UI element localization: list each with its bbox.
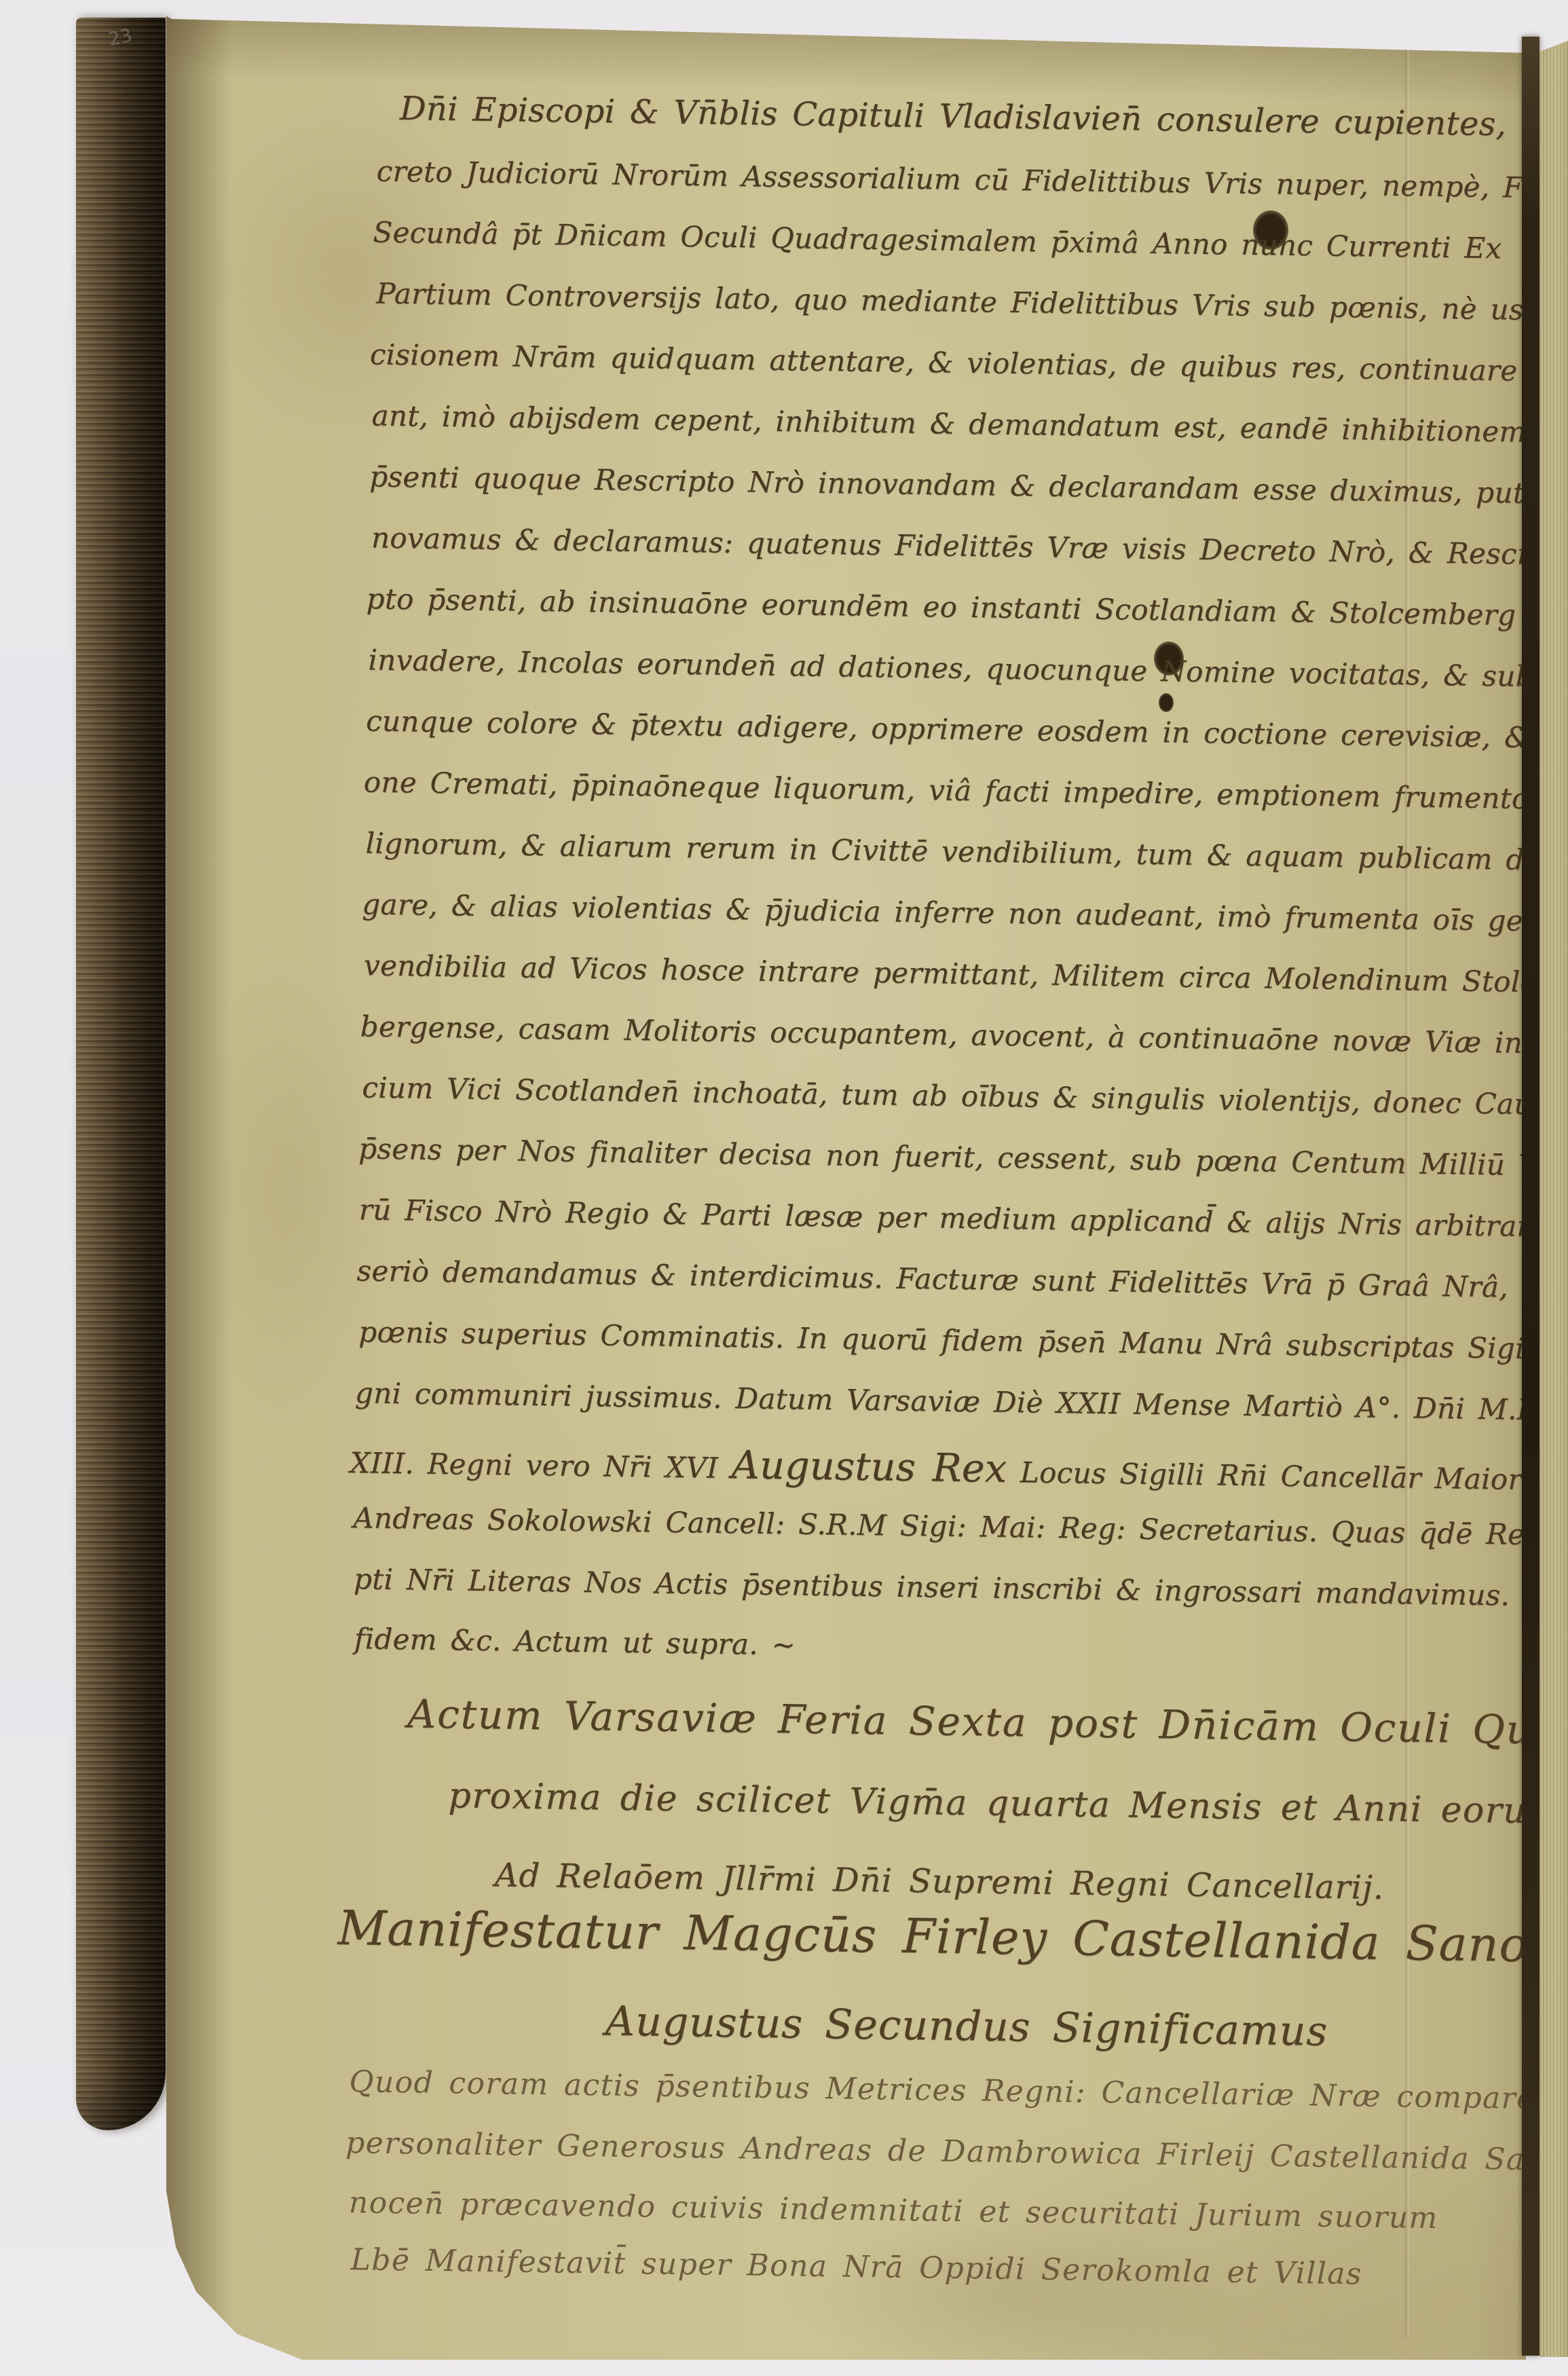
docket-line: Augustus Secundus Significamus: [605, 1998, 1328, 2056]
manuscript-line: Partium Controversijs lato, quo mediante…: [376, 276, 1568, 328]
seal-note: Locus Sigilli Rn̄i Cancellār Maioris: [1007, 1455, 1546, 1496]
manuscript-line: gni communiri jussimus. Datum Varsaviæ D…: [355, 1376, 1568, 1427]
docket-line: Actum Varsaviæ Feria Sexta post Dn̄icām …: [407, 1690, 1568, 1755]
manuscript-text: Dn̄i Episcopi & Vn̄blis Capituli Vladisl…: [134, 16, 1527, 2376]
next-page-edge: [1539, 41, 1568, 2357]
manuscript-line: cunque colore & p̄textu adigere, opprime…: [366, 704, 1568, 756]
manuscript-line: pœnis superius Comminatis. In quorū fide…: [358, 1315, 1568, 1367]
manuscript-line: pto p̄senti, ab insinuaōne eorundēm eo i…: [366, 582, 1516, 631]
closing-line: personaliter Generosus Andreas de Dambro…: [346, 2126, 1536, 2177]
manuscript-line: vendibilia ad Vicos hosce intrare permit…: [364, 948, 1568, 999]
manuscript-line: Andreas Sokolowski Cancell: S.R.M Sigi: …: [353, 1501, 1568, 1552]
manuscript-line: invadere, Incolas eorunden̄ ad dationes,…: [368, 643, 1568, 694]
manuscript-line: p̄sens per Nos finaliter decisa non fuer…: [358, 1132, 1568, 1183]
docket-line: proxima die scilicet Vigm̄a quarta Mensi…: [448, 1775, 1568, 1832]
closing-line: nocen̄ præcavendo cuivis indemnitati et …: [349, 2185, 1439, 2235]
manuscript-line: ant, imò abijsdem cepent, inhibitum & de…: [371, 398, 1527, 448]
manuscript-line: XIII. Regni vero Nr̄i XVI Augustus Rex L…: [350, 1437, 1546, 1499]
manuscript-line: p̄senti quoque Rescripto Nrò innovandam …: [369, 460, 1568, 510]
book-page-edge-stack: [76, 18, 166, 2130]
manuscript-line: Dn̄i Episcopi & Vn̄blis Capituli Vladisl…: [400, 90, 1568, 147]
docket-line: Manifestatur Magcūs Firley Castellanida …: [337, 1900, 1568, 1974]
manuscript-line: fidem &c. Actum ut supra. ~: [354, 1622, 796, 1661]
scan-backdrop: { "page": { "paper_color": "#c9c095", "i…: [0, 0, 1568, 2376]
royal-name: Augustus Rex: [731, 1443, 1007, 1491]
regnal-year: XIII. Regni vero Nr̄i XVI: [350, 1446, 732, 1485]
manuscript-line: pti Nr̄i Literas Nos Actis p̄sentibus in…: [354, 1562, 1568, 1614]
manuscript-line: rū Fisco Nrò Regio & Parti læsæ per medi…: [359, 1193, 1568, 1244]
manuscript-line: seriò demandamus & interdicimus. Facturæ…: [356, 1254, 1568, 1305]
manuscript-line: creto Judiciorū Nrorūm Assessorialium cū…: [376, 154, 1568, 204]
closing-line: Quod coram actis p̄sentibus Metrices Reg…: [349, 2064, 1568, 2117]
manuscript-line: one Cremati, p̄pinaōneque liquorum, viâ …: [364, 765, 1568, 816]
manuscript-page: Dn̄i Episcopi & Vn̄blis Capituli Vladisl…: [166, 16, 1526, 2360]
manuscript-line: novamus & declaramus: quatenus Fidelittē…: [371, 521, 1550, 571]
closing-line: Lbē Manifestavit̄ super Bona Nrā Oppidi …: [350, 2242, 1362, 2291]
docket-line: Ad Relaōem Jllr̄mi Dn̄i Supremi Regni Ca…: [494, 1856, 1384, 1907]
manuscript-line: bergense, casam Molitoris occupantem, av…: [360, 1009, 1568, 1061]
page-gap-shadow: [1522, 37, 1539, 2356]
manuscript-line: gare, & alias violentias & p̄judicia inf…: [362, 887, 1568, 938]
manuscript-line: lignorum, & aliarum rerum in Civittē ven…: [365, 826, 1568, 877]
manuscript-line: Secundâ p̄t Dn̄icam Oculi Quadragesimale…: [373, 215, 1502, 265]
manuscript-line: cium Vici Scotlanden̄ inchoatā, tum ab o…: [362, 1071, 1565, 1121]
manuscript-line: cisionem Nrām quidquam attentare, & viol…: [370, 337, 1568, 388]
